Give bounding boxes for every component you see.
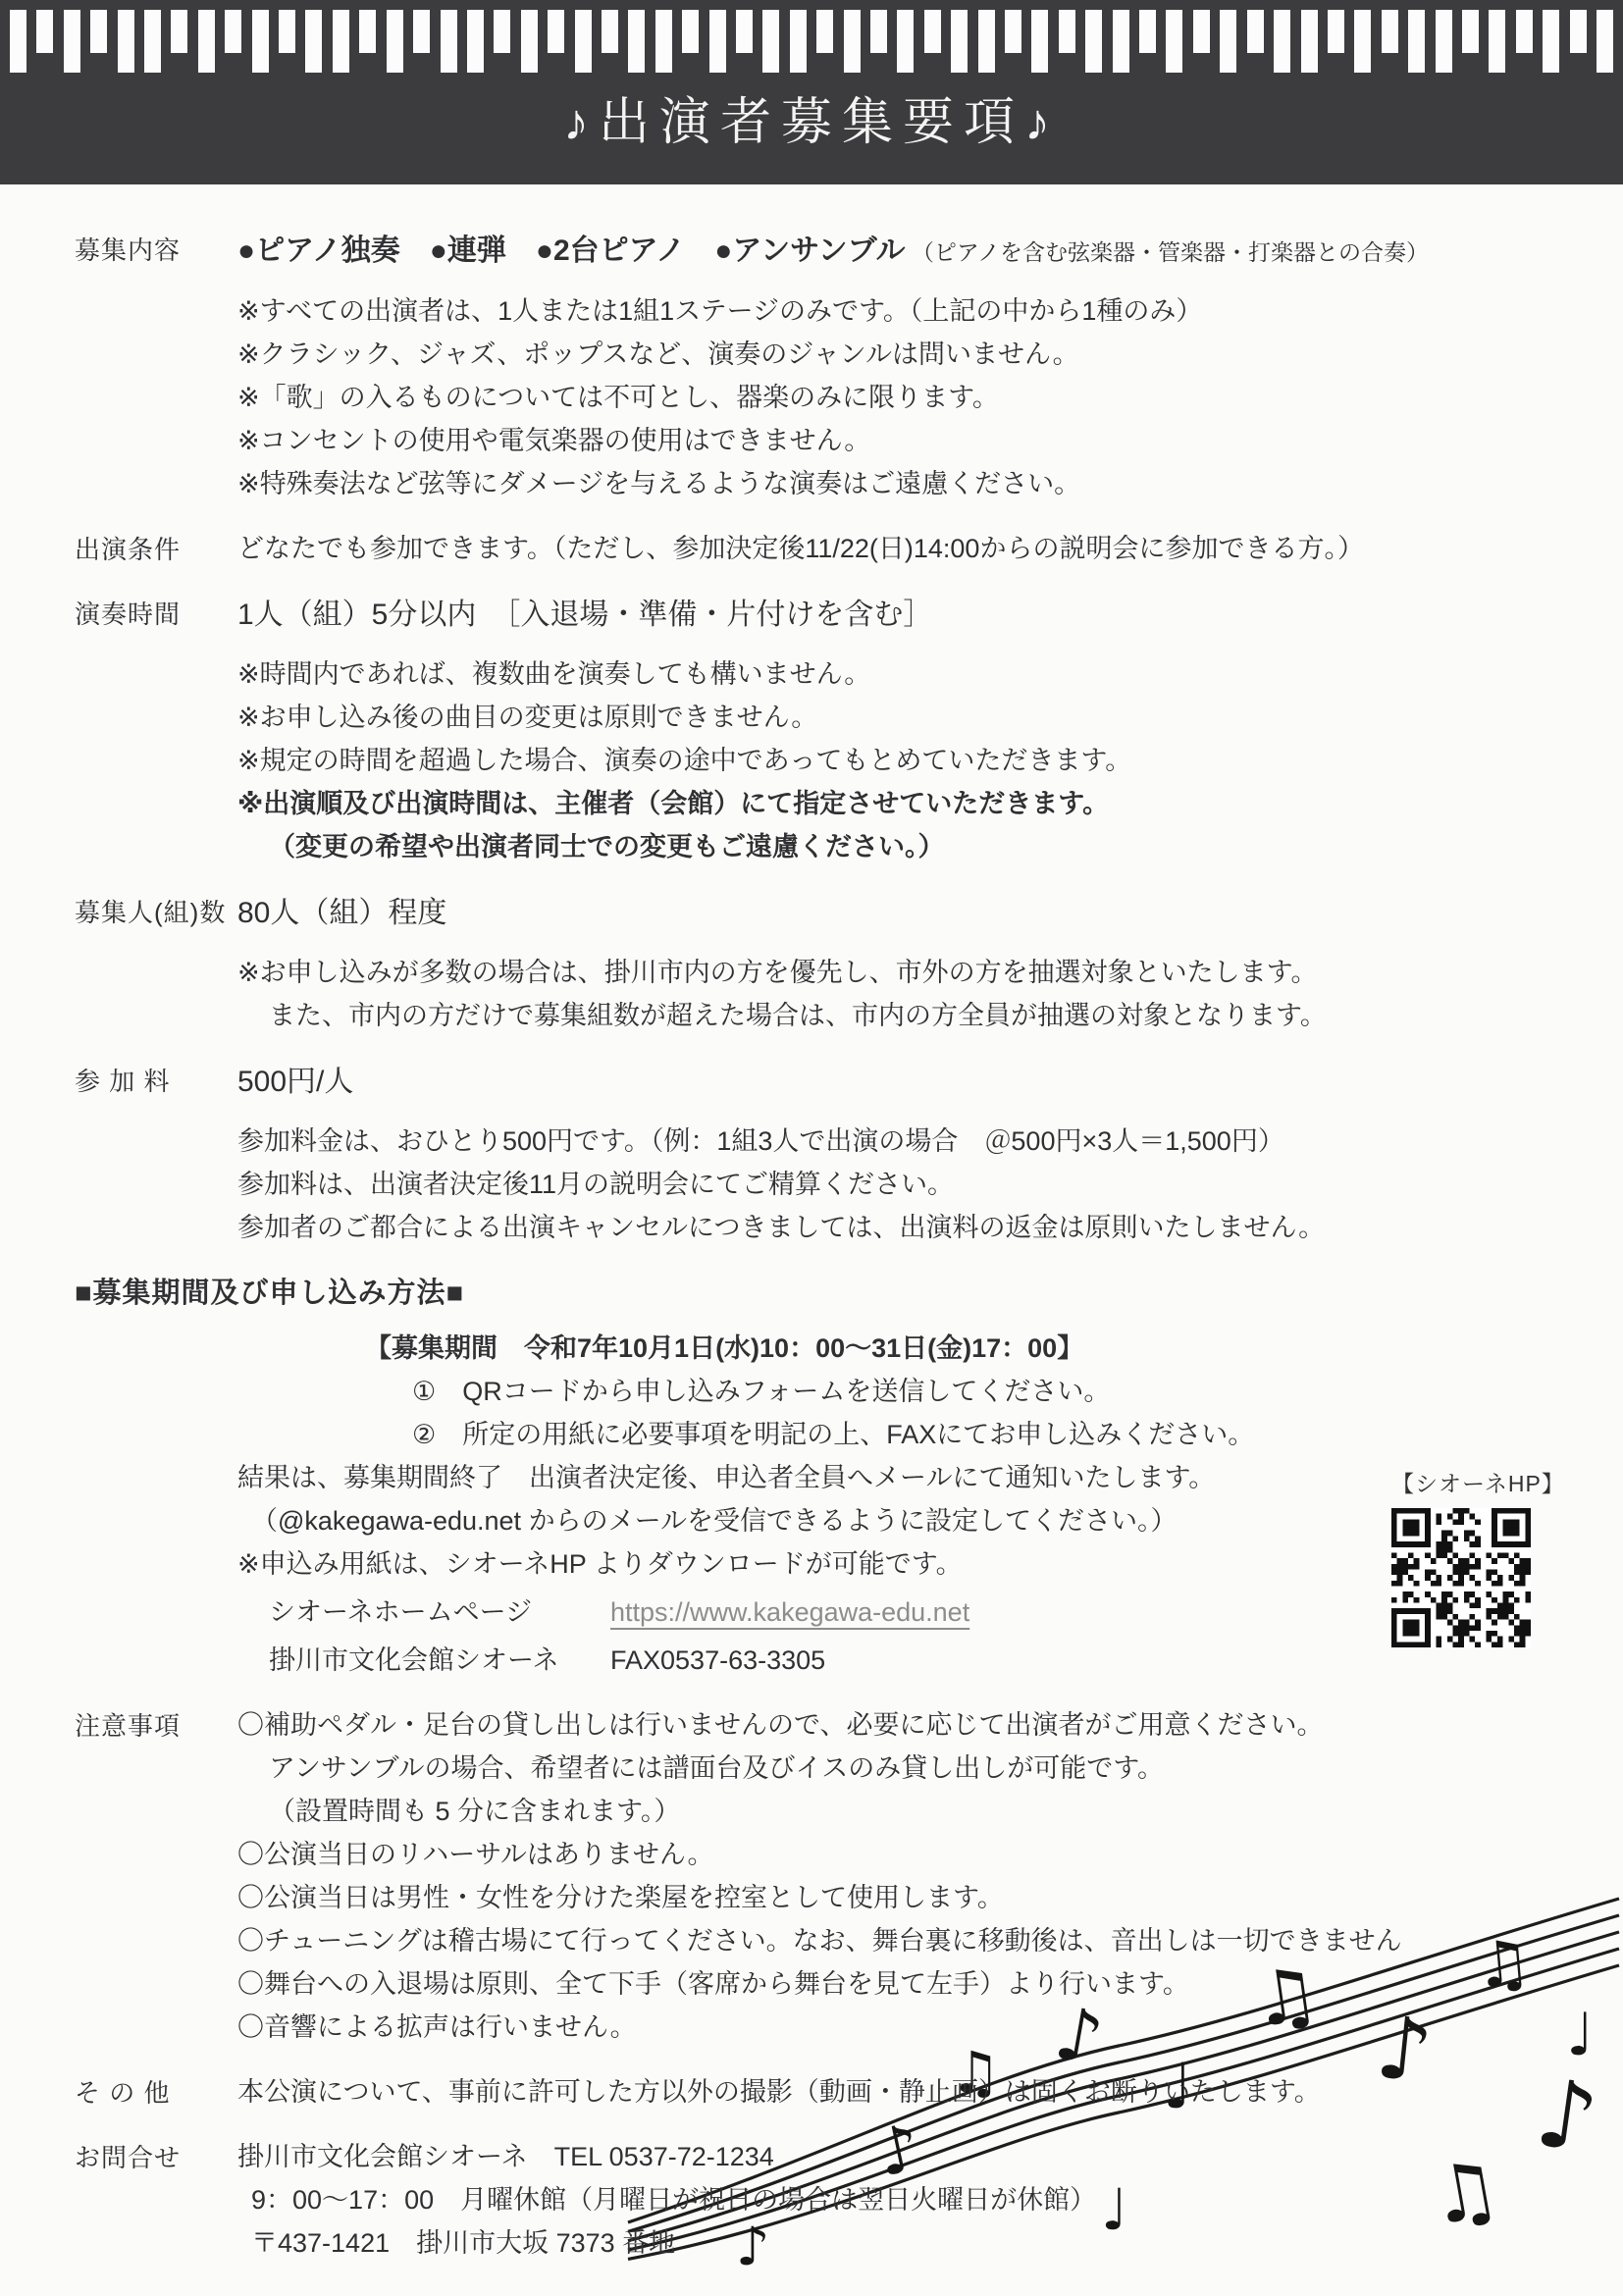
body-text: 〒437-1421 掛川市大坂 7373 番地 [251, 2228, 675, 2258]
body-text: 掛川市文化会館シオーネ TEL 0537-72-1234 [237, 2142, 774, 2171]
section: 参 加 料500円/人参加料金は、おひとり500円です。（例：1組3人で出演の場… [75, 1059, 1568, 1249]
section-content: 〇補助ペダル・足台の貸し出しは行いませんので、必要に応じて出演者がご用意ください… [237, 1703, 1568, 2049]
piano-keys-decoration [10, 10, 1613, 73]
section-content: 500円/人参加料金は、おひとり500円です。（例：1組3人で出演の場合 ＠50… [237, 1059, 1568, 1249]
piano-key [225, 10, 241, 53]
piano-key [1113, 10, 1129, 73]
body-text: 結果は、募集期間終了 出演者決定後、申込者全員へメールにて通知いたします。 [237, 1463, 1215, 1492]
text-line: （@kakegawa-edu.net からのメールを受信できるように設定してくだ… [237, 1499, 1568, 1542]
body-text: ※クラシック、ジャズ、ポップスなど、演奏のジャンルは問いません。 [237, 339, 1079, 369]
text-line: ① QRコードから申し込みフォームを送信してください。 [237, 1370, 1568, 1413]
piano-key [655, 10, 672, 73]
text-line: 〇舞台への入退場は原則、全て下手（客席から舞台を見て左手）より行います。 [237, 1962, 1568, 2006]
section-label: 募集人(組)数 [75, 890, 237, 1037]
body-text: ※コンセントの使用や電気楽器の使用はできません。 [237, 426, 870, 455]
piano-key [90, 10, 107, 53]
piano-key [252, 10, 269, 73]
text-line: アンサンブルの場合、希望者には譜面台及びイスのみ貸し出しが可能です。 [237, 1747, 1568, 1790]
piano-key [816, 10, 833, 53]
text-line: ※申込み用紙は、シオーネHP よりダウンロードが可能です。 [237, 1542, 1568, 1586]
piano-key [279, 10, 295, 53]
piano-key [387, 10, 403, 73]
section-content: どなたでも参加できます。（ただし、参加決定後11/22(日)14:00からの説明… [237, 527, 1568, 570]
piano-key [1543, 10, 1559, 73]
piano-key [844, 10, 861, 73]
body-text: ※すべての出演者は、1人または1組1ステージのみです。（上記の中から1種のみ） [237, 296, 1202, 326]
piano-key [36, 10, 53, 53]
piano-key [762, 10, 779, 73]
section: 注意事項〇補助ペダル・足台の貸し出しは行いませんので、必要に応じて出演者がご用意… [75, 1703, 1568, 2049]
section-content: 1人（組）5分以内 ［入退場・準備・片付けを含む］※時間内であれば、複数曲を演奏… [237, 592, 1568, 868]
body-text: （設置時間も 5 分に含まれます。） [269, 1797, 680, 1826]
body-text: 1人（組）5分以内 ［入退場・準備・片付けを含む］ [237, 599, 932, 631]
body-text: 〇チューニングは稽古場にて行ってください。なお、舞台裏に移動後は、音出しは一切で… [237, 1926, 1402, 1956]
bold-text: ※出演順及び出演時間は、主催者（会館）にて指定させていただきます。 [237, 789, 1109, 818]
body-text: ① QRコードから申し込みフォームを送信してください。 [412, 1377, 1110, 1406]
piano-key [441, 10, 457, 73]
piano-key [1382, 10, 1398, 53]
body-text: 80人（組）程度 [237, 897, 446, 929]
body-text: 本公演について、事前に許可した方以外の撮影（動画・静止画）は固くお断りいたします… [237, 2077, 1321, 2107]
section-content: 本公演について、事前に許可した方以外の撮影（動画・静止画）は固くお断りいたします… [237, 2070, 1568, 2113]
body-text: 〇音響による拡声は行いません。 [237, 2012, 637, 2042]
section-label: そ の 他 [75, 2070, 237, 2113]
body-text: 9：00～17：00 月曜休館（月曜日が祝日の場合は翌日火曜日が休館） [251, 2185, 1096, 2215]
section-label: 参 加 料 [75, 1059, 237, 1249]
piano-key [10, 10, 26, 73]
section: お問合せ掛川市文化会館シオーネ TEL 0537-72-12349：00～17：… [75, 2135, 1568, 2265]
piano-key [1570, 10, 1587, 53]
text-line: ※お申し込み後の曲目の変更は原則できません。 [237, 696, 1568, 739]
piano-key [467, 10, 484, 73]
piano-key [118, 10, 134, 73]
text-line: 80人（組）程度 [237, 890, 1568, 937]
text-line: 1人（組）5分以内 ［入退場・準備・片付けを含む］ [237, 592, 1568, 639]
piano-key [575, 10, 592, 73]
piano-key [1301, 10, 1318, 73]
text-line: 〇チューニングは稽古場にて行ってください。なお、舞台裏に移動後は、音出しは一切で… [237, 1919, 1568, 1962]
piano-key [951, 10, 968, 73]
text-line: ●ピアノ独奏 ●連弾 ●2台ピアノ ●アンサンブル （ピアノを含む弦楽器・管楽器… [237, 228, 1568, 276]
piano-key [1193, 10, 1210, 53]
piano-key [171, 10, 187, 53]
piano-key [1005, 10, 1021, 53]
bold-text: （変更の希望や出演者同士での変更もご遠慮ください。） [269, 832, 945, 861]
body-text: ※「歌」の入るものについては不可とし、器楽のみに限ります。 [237, 383, 999, 412]
text-line: 500円/人 [237, 1059, 1568, 1106]
piano-key [924, 10, 941, 53]
text-line: 〇公演当日は男性・女性を分けた楽屋を控室として使用します。 [237, 1876, 1568, 1919]
section: ■募集期間及び申し込み方法■【募集期間 令和7年10月1日(水)10：00～31… [75, 1271, 1568, 1682]
body-text: 参加料は、出演者決定後11月の説明会にてご精算ください。 [237, 1170, 954, 1199]
piano-key [736, 10, 753, 53]
body-text: 500円/人 [237, 1066, 353, 1098]
section-label: お問合せ [75, 2135, 237, 2265]
qr-block: 【シオーネHP】 [1391, 1466, 1558, 1647]
piano-key [333, 10, 349, 73]
text-line: 参加者のご都合による出演キャンセルにつきましては、出演料の返金は原則いたしません… [237, 1206, 1568, 1249]
qr-code [1391, 1508, 1531, 1647]
text-line: ※コンセントの使用や電気楽器の使用はできません。 [237, 419, 1568, 462]
section: 募集内容●ピアノ独奏 ●連弾 ●2台ピアノ ●アンサンブル （ピアノを含む弦楽器… [75, 228, 1568, 505]
piano-key [1274, 10, 1290, 73]
document-body: 募集内容●ピアノ独奏 ●連弾 ●2台ピアノ ●アンサンブル （ピアノを含む弦楽器… [0, 184, 1623, 2265]
piano-key [682, 10, 699, 53]
piano-key [359, 10, 376, 53]
text-line: 参加料は、出演者決定後11月の説明会にてご精算ください。 [237, 1163, 1568, 1206]
body-text: （@kakegawa-edu.net からのメールを受信できるように設定してくだ… [251, 1506, 1178, 1536]
piano-key [1597, 10, 1613, 73]
piano-key [1059, 10, 1075, 53]
piano-key [870, 10, 887, 53]
piano-key [521, 10, 538, 73]
body-text: また、市内の方だけで募集組数が超えた場合は、市内の方全員が抽選の対象となります。 [269, 1001, 1327, 1030]
piano-key [64, 10, 80, 73]
text-line: ※時間内であれば、複数曲を演奏しても構いません。 [237, 652, 1568, 696]
body-text: 参加料金は、おひとり500円です。（例：1組3人で出演の場合 ＠500円×3人＝… [237, 1126, 1284, 1156]
section-content: 【募集期間 令和7年10月1日(水)10：00～31日(金)17：00】① QR… [237, 1327, 1568, 1682]
section-label: 出演条件 [75, 527, 237, 570]
piano-key [1354, 10, 1371, 73]
piano-key [1462, 10, 1479, 53]
page-title: ♪出演者募集要項♪ [0, 80, 1623, 154]
body-text: 〇舞台への入退場は原則、全て下手（客席から舞台を見て左手）より行います。 [237, 1969, 1189, 1999]
body-text: アンサンブルの場合、希望者には譜面台及びイスのみ貸し出しが可能です。 [269, 1753, 1164, 1783]
section-content: 掛川市文化会館シオーネ TEL 0537-72-12349：00～17：00 月… [237, 2135, 1568, 2265]
body-text: ※申込み用紙は、シオーネHP よりダウンロードが可能です。 [237, 1549, 963, 1579]
text-line: 9：00～17：00 月曜休館（月曜日が祝日の場合は翌日火曜日が休館） [237, 2178, 1568, 2221]
body-text: ② 所定の用紙に必要事項を明記の上、FAXにてお申し込みください。 [412, 1420, 1254, 1449]
text-line: 〒437-1421 掛川市大坂 7373 番地 [237, 2221, 1568, 2265]
text-line: 掛川市文化会館シオーネ TEL 0537-72-1234 [237, 2135, 1568, 2178]
section: 募集人(組)数80人（組）程度※お申し込みが多数の場合は、掛川市内の方を優先し、… [75, 890, 1568, 1037]
piano-key [1139, 10, 1156, 53]
text-line: どなたでも参加できます。（ただし、参加決定後11/22(日)14:00からの説明… [237, 527, 1568, 570]
text-line: （設置時間も 5 分に含まれます。） [237, 1790, 1568, 1833]
body-text: どなたでも参加できます。（ただし、参加決定後11/22(日)14:00からの説明… [237, 534, 1364, 563]
section-label: 演奏時間 [75, 592, 237, 868]
text-line: ※規定の時間を超過した場合、演奏の途中であってもとめていただきます。 [237, 739, 1568, 782]
body-text: ※規定の時間を超過した場合、演奏の途中であってもとめていただきます。 [237, 746, 1131, 775]
bold-text: ●ピアノ独奏 ●連弾 ●2台ピアノ ●アンサンブル [237, 235, 905, 267]
piano-key [1031, 10, 1048, 73]
body-text: ※お申し込みが多数の場合は、掛川市内の方を優先し、市外の方を抽選対象といたします… [237, 958, 1317, 987]
title-banner: ♪出演者募集要項♪ [0, 0, 1623, 184]
piano-key [198, 10, 215, 73]
piano-key [305, 10, 322, 73]
section-content: ●ピアノ独奏 ●連弾 ●2台ピアノ ●アンサンブル （ピアノを含む弦楽器・管楽器… [237, 228, 1568, 505]
pair-left-label: シオーネホームページ [269, 1591, 610, 1634]
text-line: ※お申し込みが多数の場合は、掛川市内の方を優先し、市外の方を抽選対象といたします… [237, 951, 1568, 994]
piano-key [628, 10, 645, 73]
pair-right-value: FAX0537-63-3305 [610, 1639, 825, 1682]
flyer-page: ♪出演者募集要項♪ 募集内容●ピアノ独奏 ●連弾 ●2台ピアノ ●アンサンブル … [0, 0, 1623, 2296]
body-text: 〇補助ペダル・足台の貸し出しは行いませんので、必要に応じて出演者がご用意ください… [237, 1710, 1323, 1740]
text-line: また、市内の方だけで募集組数が超えた場合は、市内の方全員が抽選の対象となります。 [237, 994, 1568, 1037]
text-line: ※すべての出演者は、1人または1組1ステージのみです。（上記の中から1種のみ） [237, 289, 1568, 333]
text-line: 結果は、募集期間終了 出演者決定後、申込者全員へメールにて通知いたします。 [237, 1456, 1568, 1499]
text-line: 〇補助ペダル・足台の貸し出しは行いませんので、必要に応じて出演者がご用意ください… [237, 1703, 1568, 1747]
text-line: （変更の希望や出演者同士での変更もご遠慮ください。） [237, 825, 1568, 868]
piano-key [144, 10, 161, 73]
piano-key [494, 10, 510, 53]
piano-key [602, 10, 618, 53]
piano-key [790, 10, 807, 73]
text-line: 参加料金は、おひとり500円です。（例：1組3人で出演の場合 ＠500円×3人＝… [237, 1120, 1568, 1163]
piano-key [709, 10, 726, 73]
text-line: ※出演順及び出演時間は、主催者（会館）にて指定させていただきます。 [237, 782, 1568, 825]
text-line: 本公演について、事前に許可した方以外の撮影（動画・静止画）は固くお断りいたします… [237, 2070, 1568, 2113]
text-line: ② 所定の用紙に必要事項を明記の上、FAXにてお申し込みください。 [237, 1413, 1568, 1456]
text-line: ※クラシック、ジャズ、ポップスなど、演奏のジャンルは問いません。 [237, 333, 1568, 376]
text-line: 掛川市文化会館シオーネFAX0537-63-3305 [237, 1639, 1568, 1682]
section-label: 注意事項 [75, 1703, 237, 2049]
body-text: ※時間内であれば、複数曲を演奏しても構いません。 [237, 659, 870, 689]
piano-key [897, 10, 914, 73]
qr-label: 【シオーネHP】 [1391, 1466, 1558, 1498]
homepage-link[interactable]: https://www.kakegawa-edu.net [610, 1591, 969, 1634]
piano-key [1328, 10, 1344, 53]
section-heading: ■募集期間及び申し込み方法■ [75, 1271, 1568, 1311]
text-line: 〇公演当日のリハーサルはありません。 [237, 1833, 1568, 1876]
text-line: ※「歌」の入るものについては不可とし、器楽のみに限ります。 [237, 376, 1568, 419]
piano-key [1516, 10, 1533, 53]
piano-key [978, 10, 995, 73]
section-content: 80人（組）程度※お申し込みが多数の場合は、掛川市内の方を優先し、市外の方を抽選… [237, 890, 1568, 1037]
text-line: 【募集期間 令和7年10月1日(水)10：00～31日(金)17：00】 [237, 1327, 1568, 1370]
section: 出演条件どなたでも参加できます。（ただし、参加決定後11/22(日)14:00か… [75, 527, 1568, 570]
piano-key [1166, 10, 1182, 73]
body-text: 参加者のご都合による出演キャンセルにつきましては、出演料の返金は原則いたしません… [237, 1213, 1325, 1242]
piano-key [1247, 10, 1264, 53]
piano-key [1408, 10, 1425, 73]
bold-text: 【募集期間 令和7年10月1日(水)10：00～31日(金)17：00】 [365, 1333, 1083, 1363]
text-line: 〇音響による拡声は行いません。 [237, 2006, 1568, 2049]
body-text: （ピアノを含む弦楽器・管楽器・打楽器との合奏） [905, 239, 1429, 265]
section: そ の 他本公演について、事前に許可した方以外の撮影（動画・静止画）は固くお断り… [75, 2070, 1568, 2113]
piano-key [1436, 10, 1452, 73]
body-text: 〇公演当日は男性・女性を分けた楽屋を控室として使用します。 [237, 1883, 1004, 1912]
piano-key [1220, 10, 1236, 73]
piano-key [413, 10, 430, 53]
body-text: ※特殊奏法など弦等にダメージを与えるような演奏はご遠慮ください。 [237, 469, 1080, 498]
section-label: 募集内容 [75, 228, 237, 505]
section: 演奏時間1人（組）5分以内 ［入退場・準備・片付けを含む］※時間内であれば、複数… [75, 592, 1568, 868]
piano-key [548, 10, 564, 53]
body-text: ※お申し込み後の曲目の変更は原則できません。 [237, 703, 817, 732]
body-text: 〇公演当日のリハーサルはありません。 [237, 1840, 713, 1869]
text-line: ※特殊奏法など弦等にダメージを与えるような演奏はご遠慮ください。 [237, 462, 1568, 505]
pair-left-label: 掛川市文化会館シオーネ [269, 1639, 610, 1682]
piano-key [1489, 10, 1505, 73]
text-line: シオーネホームページhttps://www.kakegawa-edu.net [237, 1591, 1568, 1634]
piano-key [1085, 10, 1102, 73]
